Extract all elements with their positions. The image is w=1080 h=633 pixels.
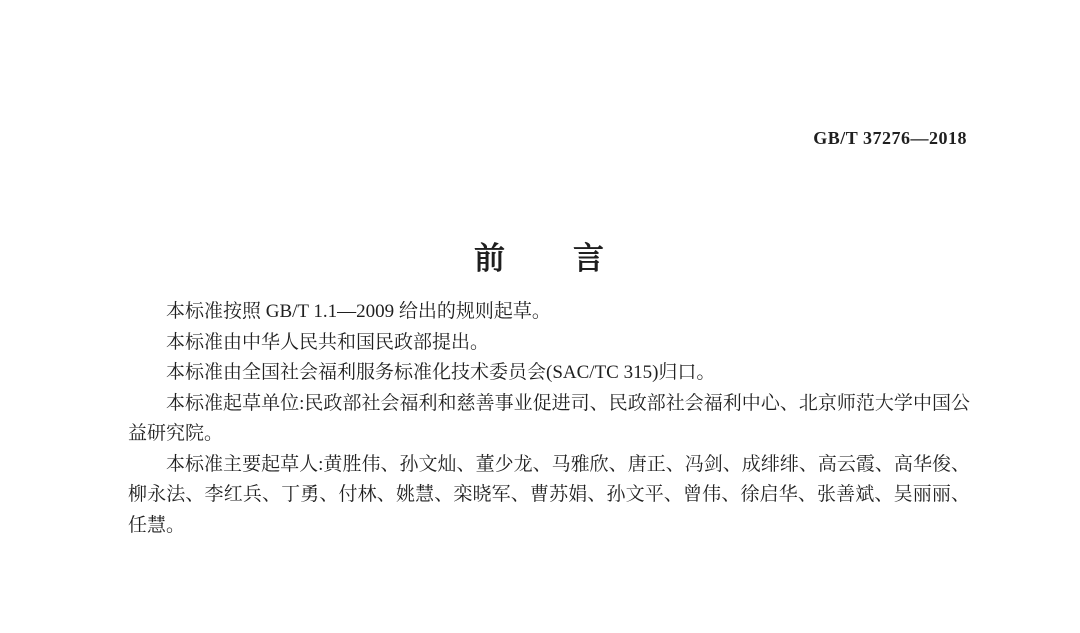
page-title: 前 言 xyxy=(0,233,1080,278)
paragraph-main-drafters: 本标准主要起草人:黄胜伟、孙文灿、董少龙、马雅欣、唐正、冯剑、成绯绯、高云霞、高… xyxy=(128,450,970,542)
paragraph-drafting-rules: 本标准按照 GB/T 1.1—2009 给出的规则起草。 xyxy=(128,297,970,328)
foreword-body: 本标准按照 GB/T 1.1—2009 给出的规则起草。 本标准由中华人民共和国… xyxy=(128,297,970,541)
standard-number: GB/T 37276—2018 xyxy=(813,128,967,149)
paragraph-drafting-organizations: 本标准起草单位:民政部社会福利和慈善事业促进司、民政部社会福利中心、北京师范大学… xyxy=(128,389,970,450)
paragraph-centralized-by: 本标准由全国社会福利服务标准化技术委员会(SAC/TC 315)归口。 xyxy=(128,358,970,389)
standard-document-page: GB/T 37276—2018 前 言 本标准按照 GB/T 1.1—2009 … xyxy=(0,0,1080,633)
paragraph-proposed-by: 本标准由中华人民共和国民政部提出。 xyxy=(128,328,970,359)
